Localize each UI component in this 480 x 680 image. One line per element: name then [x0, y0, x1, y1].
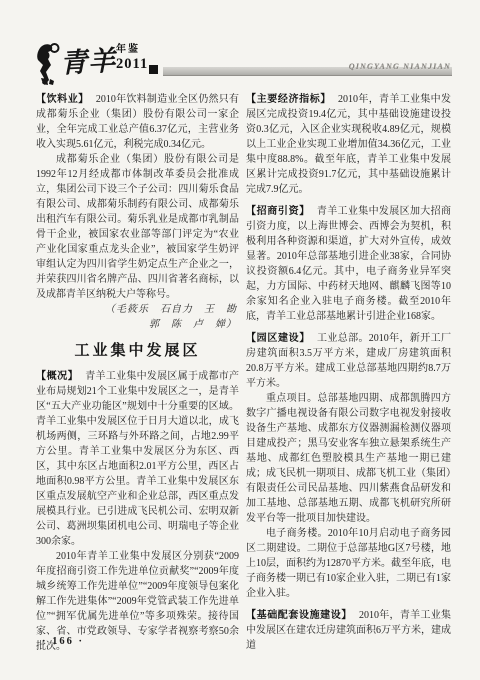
masthead-square-ornament — [149, 65, 158, 74]
right-column: 【主要经济指标】2010年，青羊工业集中发展区完成投资19.4亿元，其中基础设施… — [246, 92, 451, 653]
yearbook-year: 2011 — [116, 57, 148, 72]
overview-text: 青羊工业集中发展区属于成都市产业布局规划21个工业集中发展区之一，是青羊区“五大… — [36, 371, 239, 547]
economic-indicators-paragraph: 【主要经济指标】2010年，青羊工业集中发展区完成投资19.4亿元，其中基础设施… — [246, 92, 451, 197]
infrastructure-paragraph: 【基础配套设施建设】2010年，青羊工业集中发展区在建农迁房建筑面积6万平方米，… — [246, 608, 451, 653]
investment-attraction-paragraph: 【招商引资】青羊工业集中发展区加大招商引资力度，以上海世博会、西博会为契机，积极… — [246, 204, 451, 324]
park-construction-heading: 【园区建设】 — [246, 333, 310, 344]
economic-indicators-text: 2010年，青羊工业集中发展区完成投资19.4亿元，其中基础设施建设投资0.3亿… — [246, 94, 451, 195]
key-projects-text: 重点项目。总部基地四期、成都凯腾四方数字广播电视设备有限公司数字电视发射接收设备… — [246, 393, 451, 524]
ecommerce-building-text: 电子商务楼。2010年10月启动电子商务园区二期建设。二期位于总部基地G区7号楼… — [246, 528, 451, 599]
park-construction-paragraph: 【园区建设】工业总部。2010年，新开工厂房建筑面积3.5万平方米，建成厂房建筑… — [246, 331, 451, 391]
page-number: · 166 · — [42, 636, 84, 647]
left-column: 【饮料业】2010年饮料制造业全区仍然只有成都菊乐企业（集团）股份有限公司一家企… — [36, 92, 239, 654]
economic-indicators-heading: 【主要经济指标】 — [246, 94, 331, 105]
beverage-company-text: 成都菊乐企业（集团）股份有限公司是1992年12月经成都市体制改革委员会批准成立… — [36, 154, 239, 300]
key-projects-paragraph: 重点项目。总部基地四期、成都凯腾四方数字广播电视设备有限公司数字电视发射接收设备… — [246, 391, 451, 526]
byline-line-2: 郭 陈 卢 婵） — [36, 317, 239, 332]
masthead-pinyin-banner: QINGYANG NIANJIAN — [349, 62, 451, 71]
beverage-entry-paragraph: 【饮料业】2010年饮料制造业全区仍然只有成都菊乐企业（集团）股份有限公司一家企… — [36, 92, 239, 152]
overview-heading: 【概况】 — [36, 371, 78, 382]
beverage-company-paragraph: 成都菊乐企业（集团）股份有限公司是1992年12月经成都市体制改革委员会批准成立… — [36, 152, 239, 302]
yearbook-label: 年鉴 — [116, 45, 148, 55]
infrastructure-heading: 【基础配套设施建设】 — [246, 610, 352, 621]
overview-paragraph: 【概况】青羊工业集中发展区属于成都市产业布局规划21个工业集中发展区之一，是青羊… — [36, 369, 239, 549]
byline-line-1: （毛筱乐 石自力 王 勘 — [36, 302, 239, 317]
scanned-yearbook-page: 青羊 年鉴 2011 QINGYANG NIANJIAN 【饮料业】2010年饮… — [0, 0, 480, 680]
masthead-yearbook-block: 年鉴 2011 — [116, 45, 148, 72]
investment-attraction-text: 青羊工业集中发展区加大招商引资力度，以上海世博会、西博会为契机，积极利用各种资源… — [246, 206, 451, 322]
goat-logo-icon — [36, 42, 61, 86]
investment-attraction-heading: 【招商引资】 — [246, 206, 310, 217]
beverage-entry-heading: 【饮料业】 — [36, 94, 89, 105]
section-title-industrial-zone: 工业集中发展区 — [36, 344, 239, 359]
masthead: 青羊 年鉴 2011 QINGYANG NIANJIAN — [36, 40, 452, 88]
ecommerce-building-paragraph: 电子商务楼。2010年10月启动电子商务园区二期建设。二期位于总部基地G区7号楼… — [246, 526, 451, 601]
masthead-script-title: 青羊 — [59, 39, 117, 81]
